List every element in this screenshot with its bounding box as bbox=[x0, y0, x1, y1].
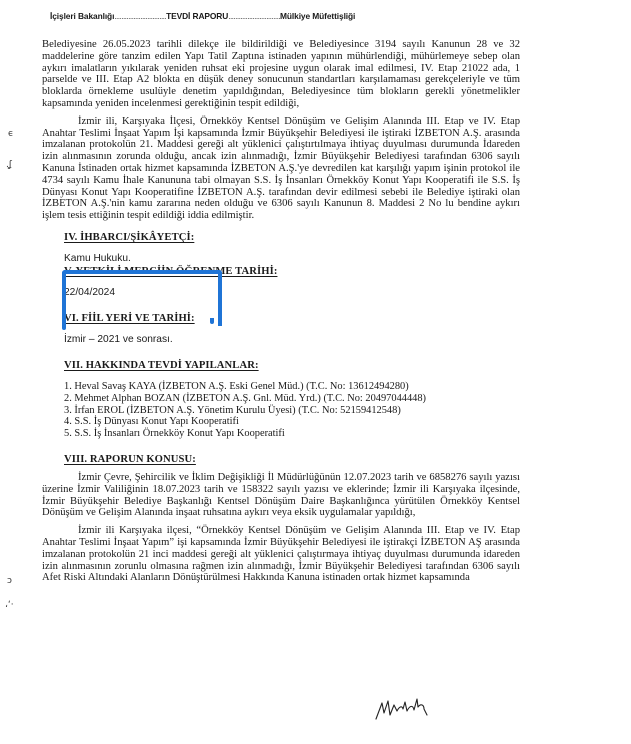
signature bbox=[372, 693, 432, 723]
margin-mark: ϵ bbox=[8, 129, 14, 139]
list-item: 5. S.S. İş İnsanları Örnekköy Konut Yapı… bbox=[64, 428, 520, 440]
header-ministry: İçişleri Bakanlığı bbox=[50, 11, 114, 21]
section-title-complainant: IV. İHBARCI/ŞİKÂYETÇİ: bbox=[64, 231, 520, 244]
place-date-value: İzmir – 2021 ve sonrası. bbox=[64, 334, 520, 346]
margin-mark: ،‘· bbox=[5, 600, 14, 610]
body-paragraph: İzmir Çevre, Şehircilik ve İklim Değişik… bbox=[42, 472, 520, 519]
body-paragraph: İzmir ili, Karşıyaka İlçesi, Örnekköy Ke… bbox=[42, 116, 520, 222]
section-title-report-subject: VIII. RAPORUN KONUSU: bbox=[64, 453, 520, 466]
margin-mark: ɔ bbox=[7, 576, 12, 586]
body-paragraph: İzmir ili Karşıyaka ilçesi, “Örnekköy Ke… bbox=[42, 525, 520, 584]
section-title-place-date: VI. FİİL YERİ VE TARİHİ: bbox=[64, 312, 520, 325]
list-item: 1. Heval Savaş KAYA (İZBETON A.Ş. Eski G… bbox=[64, 381, 520, 393]
header-report-title: TEVDİ RAPORU bbox=[166, 11, 228, 21]
header-dots: .............................. bbox=[114, 11, 166, 21]
learning-date-value: 22/04/2024 bbox=[64, 287, 520, 299]
report-header: İçişleri Bakanlığı......................… bbox=[0, 11, 631, 21]
blue-highlight-annotation bbox=[62, 318, 66, 330]
body-paragraph: Belediyesine 26.05.2023 tarihli dilekçe … bbox=[42, 39, 520, 110]
header-department: Mülkiye Müfettişliği bbox=[280, 11, 355, 21]
blue-highlight-annotation bbox=[210, 318, 214, 324]
document-page: Belediyesine 26.05.2023 tarihli dilekçe … bbox=[42, 39, 520, 584]
list-item: 3. İrfan EROL (İZBETON A.Ş. Yönetim Kuru… bbox=[64, 405, 520, 417]
section-title-referred-persons: VII. HAKKINDA TEVDİ YAPILANLAR: bbox=[64, 359, 520, 372]
list-item: 4. S.S. İş Dünyası Konut Yapı Kooperatif… bbox=[64, 416, 520, 428]
referred-persons-list: 1. Heval Savaş KAYA (İZBETON A.Ş. Eski G… bbox=[64, 381, 520, 440]
header-dots: .............................. bbox=[228, 11, 280, 21]
section-title-learning-date: V. YETKİLİ MERCİİN ÖĞRENME TARİHİ: bbox=[64, 265, 520, 278]
margin-mark: .ʆ bbox=[6, 160, 12, 170]
list-item: 2. Mehmet Alphan BOZAN (İZBETON A.Ş. Gnl… bbox=[64, 393, 520, 405]
complainant-value: Kamu Hukuku. bbox=[64, 253, 520, 265]
